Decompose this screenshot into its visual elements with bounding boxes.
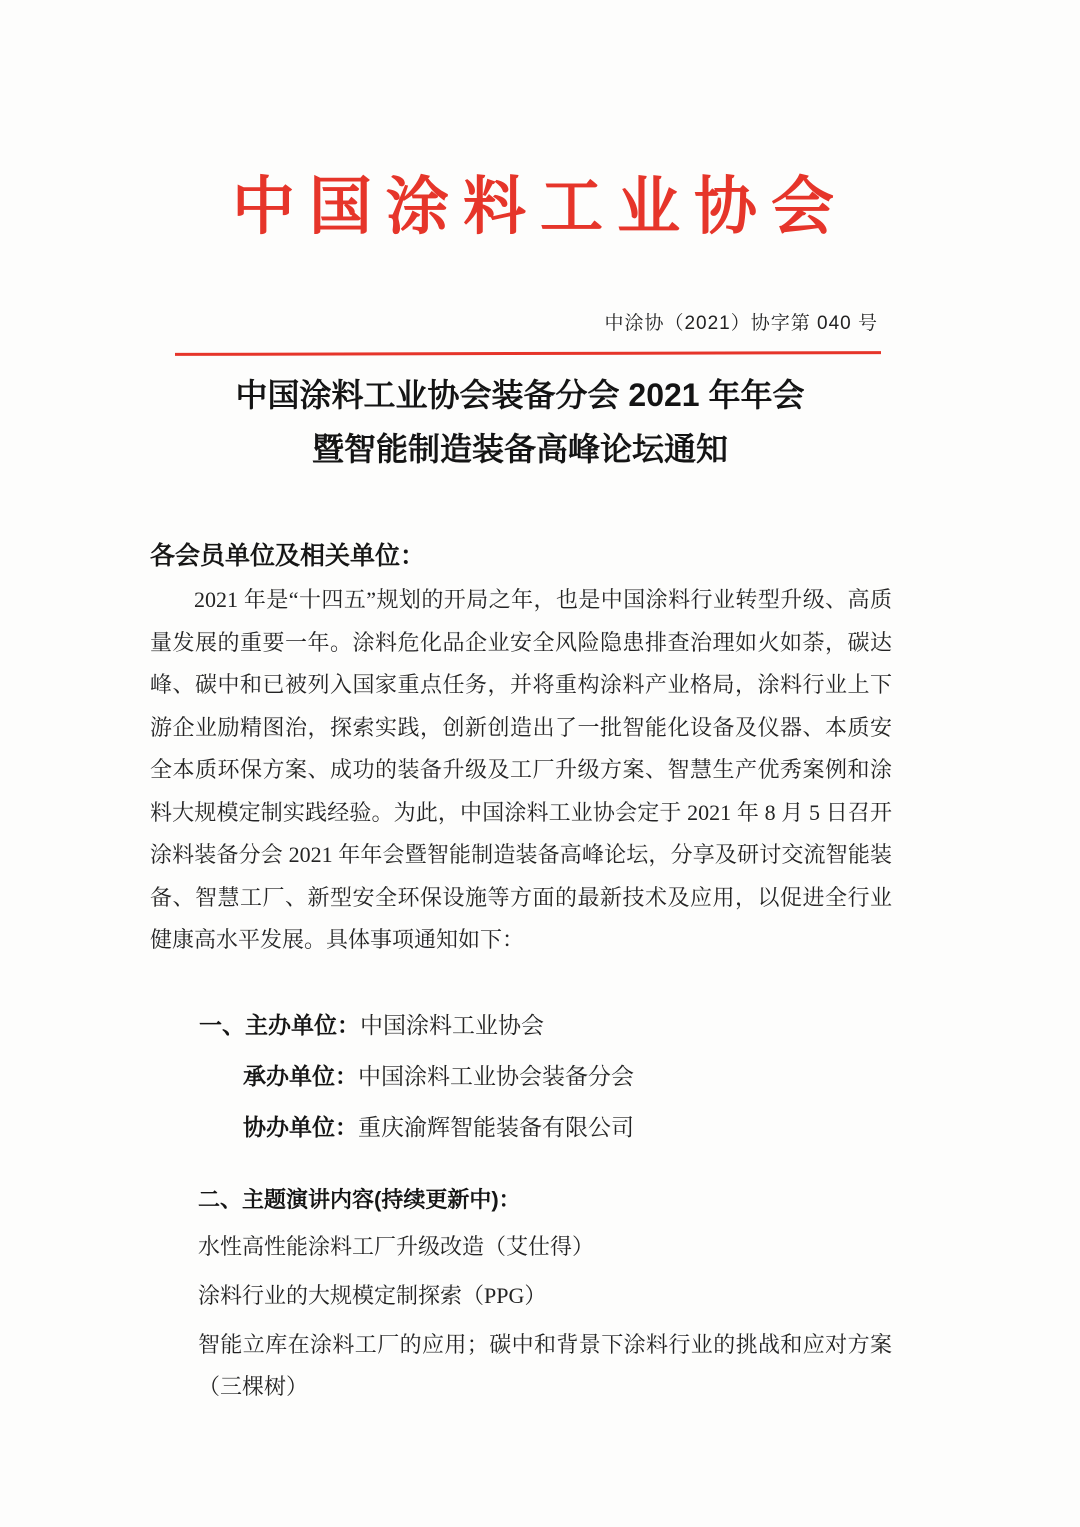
doc-title: 中国涂料工业协会装备分会 2021 年年会 暨智能制造装备高峰论坛通知 (150, 368, 890, 476)
host-label-undertaker: 承办单位： (243, 1063, 358, 1089)
letterhead-org-name: 中国涂料工业协会 (0, 156, 1080, 247)
doc-reference-number: 中涂协（2021）协字第 040 号 (150, 308, 878, 335)
host-value-organizer: 中国涂料工业协会 (360, 1013, 544, 1038)
topic-item: 智能立库在涂料工厂的应用；碳中和背景下涂料行业的挑战和应对方案（三棵树） (150, 1324, 892, 1408)
topic-item: 涂料行业的大规模定制探索（PPG） (150, 1275, 892, 1317)
host-row-co-organizer: 协办单位：重庆渝辉智能装备有限公司 (150, 1102, 890, 1153)
letterhead-divider (175, 351, 881, 356)
doc-title-line-2: 暨智能制造装备高峰论坛通知 (150, 422, 890, 476)
document-page: 中国涂料工业协会 中涂协（2021）协字第 040 号 中国涂料工业协会装备分会… (0, 0, 1080, 1527)
intro-paragraph: 2021 年是“十四五”规划的开局之年，也是中国涂料行业转型升级、高质量发展的重… (150, 579, 892, 962)
section-hosting-units: 一、主办单位：中国涂料工业协会 承办单位：中国涂料工业协会装备分会 协办单位：重… (150, 1000, 890, 1153)
host-value-undertaker: 中国涂料工业协会装备分会 (358, 1064, 634, 1089)
host-label-organizer: 一、主办单位： (199, 1012, 360, 1038)
section-speech-topics: 二、主题演讲内容(持续更新中)： 水性高性能涂料工厂升级改造（艾仕得） 涂料行业… (150, 1178, 892, 1415)
salutation: 各会员单位及相关单位： (150, 536, 890, 572)
host-value-co-organizer: 重庆渝辉智能装备有限公司 (358, 1115, 634, 1140)
host-row-undertaker: 承办单位：中国涂料工业协会装备分会 (150, 1051, 890, 1102)
topic-item: 水性高性能涂料工厂升级改造（艾仕得） (150, 1226, 892, 1268)
host-label-co-organizer: 协办单位： (243, 1114, 358, 1140)
topics-heading: 二、主题演讲内容(持续更新中)： (150, 1178, 892, 1222)
host-row-organizer: 一、主办单位：中国涂料工业协会 (150, 1000, 890, 1051)
doc-title-line-1: 中国涂料工业协会装备分会 2021 年年会 (150, 368, 890, 422)
